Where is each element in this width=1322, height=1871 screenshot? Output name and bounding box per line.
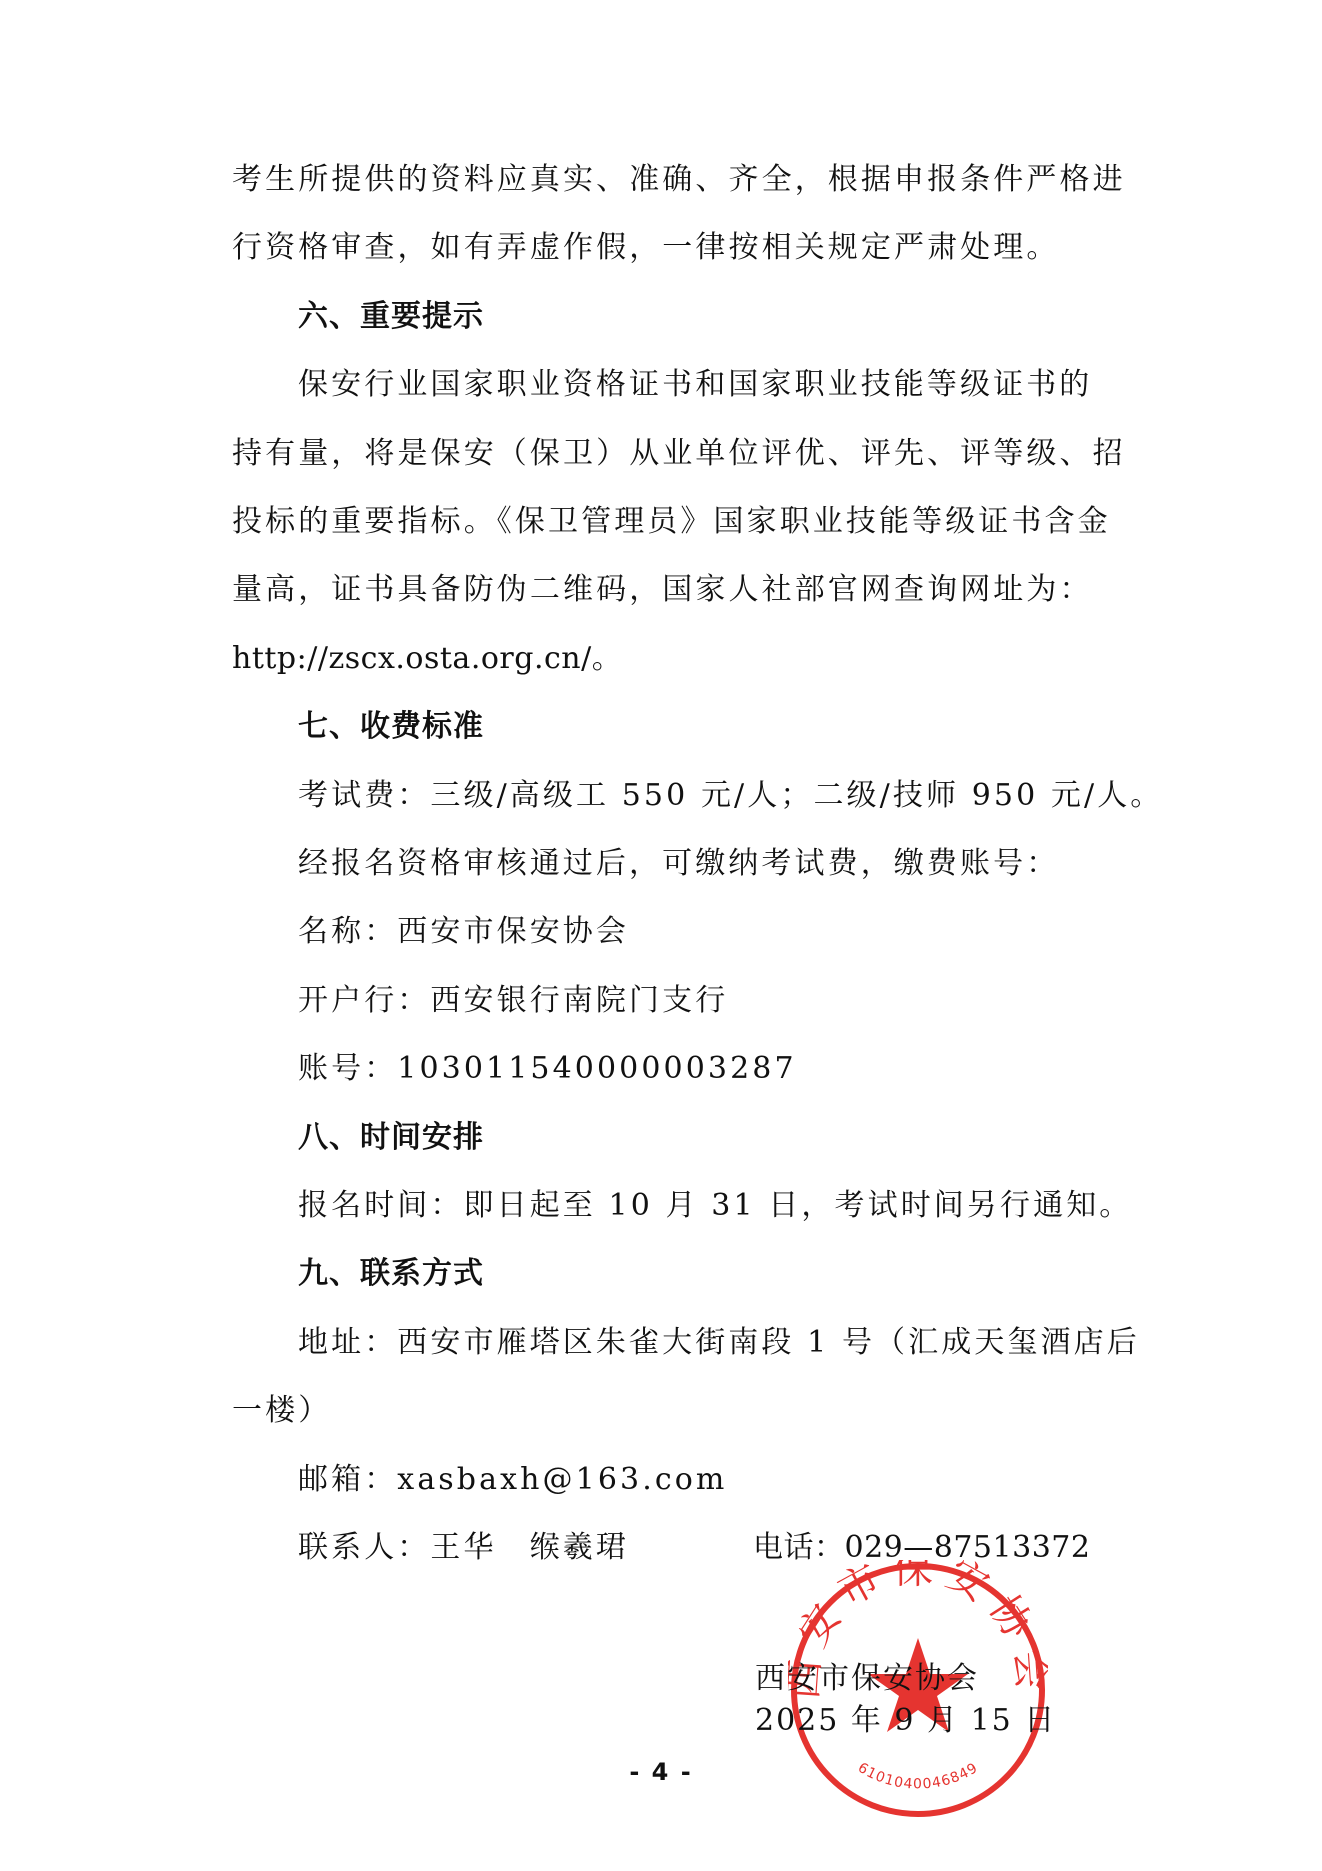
paragraph-line: 开户行：西安银行南院门支行 (298, 967, 1168, 1035)
paragraph-line: 邮箱：xasbaxh@163.com (298, 1446, 1168, 1514)
paragraph-line: 名称：西安市保安协会 (298, 898, 1168, 966)
paragraph-line: 考试费：三级/高级工 550 元/人；二级/技师 950 元/人。 (298, 762, 1168, 830)
svg-text:6101040046849: 6101040046849 (855, 1760, 981, 1793)
signature-organization: 西安市保安协会 (755, 1658, 979, 1700)
paragraph-line: 地址：西安市雁塔区朱雀大街南段 1 号（汇成天玺酒店后 (298, 1309, 1168, 1377)
section-heading: 六、重要提示 (298, 283, 1168, 351)
section-heading: 八、时间安排 (298, 1104, 1168, 1172)
section-heading: 九、联系方式 (298, 1240, 1168, 1308)
paragraph-line: 报名时间：即日起至 10 月 31 日，考试时间另行通知。 (298, 1172, 1168, 1240)
paragraph-line: 一楼） (232, 1377, 1162, 1445)
paragraph-line: 量高，证书具备防伪二维码，国家人社部官网查询网址为： (232, 556, 1162, 624)
paragraph-line: 保安行业国家职业资格证书和国家职业技能等级证书的 (298, 351, 1168, 419)
signature-date: 2025 年 9 月 15 日 (755, 1700, 1056, 1742)
paragraph-line: 行资格审查，如有弄虚作假，一律按相关规定严肃处理。 (232, 214, 1162, 282)
section-heading: 七、收费标准 (298, 693, 1168, 761)
paragraph-line: 持有量，将是保安（保卫）从业单位评优、评先、评等级、招 (232, 420, 1162, 488)
paragraph-line: 投标的重要指标。《保卫管理员》国家职业技能等级证书含金 (232, 488, 1162, 556)
paragraph-line: 经报名资格审核通过后，可缴纳考试费，缴费账号： (298, 830, 1168, 898)
paragraph-line: 考生所提供的资料应真实、准确、齐全，根据申报条件严格进 (232, 146, 1162, 214)
url-text: http://zscx.osta.org.cn/。 (232, 625, 1162, 693)
contact-persons: 联系人：王华 缑羲珺 (298, 1514, 753, 1582)
paragraph-line: 账号：103011540000003287 (298, 1035, 1168, 1103)
page-number: - 4 - (0, 1758, 1322, 1786)
